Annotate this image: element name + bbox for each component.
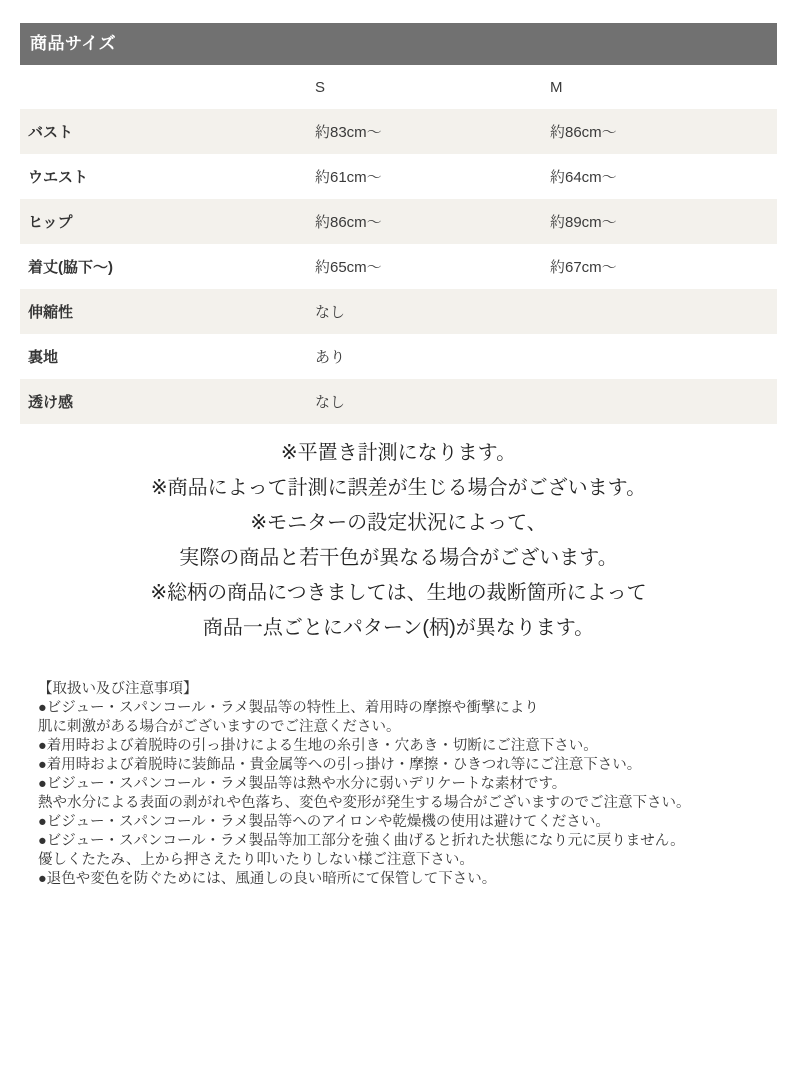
measurement-note-line: 商品一点ごとにパターン(柄)が異なります。	[20, 611, 777, 646]
measurement-note-line: ※総柄の商品につきましては、生地の裁断箇所によって	[20, 576, 777, 611]
size-row-label: バスト	[20, 121, 315, 142]
size-row-label: 着丈(脇下〜)	[20, 256, 315, 277]
handling-note-line: 優しくたたみ、上から押さえたり叩いたりしない様ご注意下さい。	[38, 851, 777, 870]
size-row-value-s: 約86cm〜	[315, 211, 550, 232]
handling-note-line: 肌に刺激がある場合がございますのでご注意ください。	[38, 718, 777, 737]
size-table-body: バスト 約83cm〜 約86cm〜 ウエスト 約61cm〜 約64cm〜 ヒップ…	[20, 109, 777, 424]
measurement-note-line: 実際の商品と若干色が異なる場合がございます。	[20, 541, 777, 576]
handling-note-line: ●退色や変色を防ぐためには、風通しの良い暗所にて保管して下さい。	[38, 870, 777, 889]
handling-notes-section: 【取扱い及び注意事項】 ●ビジュー・スパンコール・ラメ製品等の特性上、着用時の摩…	[20, 680, 777, 889]
size-row-value-s: 約65cm〜	[315, 256, 550, 277]
size-row-value-s: なし	[315, 391, 550, 412]
size-table-row: 裏地 あり	[20, 334, 777, 379]
handling-notes-heading: 【取扱い及び注意事項】	[38, 680, 777, 699]
size-row-value-m: 約89cm〜	[550, 211, 777, 232]
product-detail-page: 商品サイズ S M バスト 約83cm〜 約86cm〜 ウエスト 約61cm〜 …	[0, 0, 800, 1067]
size-chart-section: 商品サイズ S M バスト 約83cm〜 約86cm〜 ウエスト 約61cm〜 …	[20, 23, 777, 424]
size-row-label: 裏地	[20, 346, 315, 367]
size-table-row: ウエスト 約61cm〜 約64cm〜	[20, 154, 777, 199]
size-row-label: ヒップ	[20, 211, 315, 232]
size-row-value-m: 約64cm〜	[550, 166, 777, 187]
handling-note-line: ●ビジュー・スパンコール・ラメ製品等へのアイロンや乾燥機の使用は避けてください。	[38, 813, 777, 832]
measurement-note-line: ※商品によって計測に誤差が生じる場合がございます。	[20, 471, 777, 506]
size-row-value-m: 約67cm〜	[550, 256, 777, 277]
size-row-label: ウエスト	[20, 166, 315, 187]
size-column-header-s: S	[315, 79, 550, 96]
size-table-row: 着丈(脇下〜) 約65cm〜 約67cm〜	[20, 244, 777, 289]
handling-note-line: 熱や水分による表面の剥がれや色落ち、変色や変形が発生する場合がございますのでご注…	[38, 794, 777, 813]
size-column-header-m: M	[550, 79, 777, 96]
handling-note-line: ●ビジュー・スパンコール・ラメ製品等加工部分を強く曲げると折れた状態になり元に戻…	[38, 832, 777, 851]
handling-note-line: ●着用時および着脱時の引っ掛けによる生地の糸引き・穴あき・切断にご注意下さい。	[38, 737, 777, 756]
size-row-value-m: 約86cm〜	[550, 121, 777, 142]
size-table-row: 伸縮性 なし	[20, 289, 777, 334]
size-table-row: 透け感 なし	[20, 379, 777, 424]
handling-notes-body: ●ビジュー・スパンコール・ラメ製品等の特性上、着用時の摩擦や衝撃により 肌に刺激…	[38, 699, 777, 889]
measurement-note-line: ※モニターの設定状況によって、	[20, 506, 777, 541]
measurement-notes: ※平置き計測になります。 ※商品によって計測に誤差が生じる場合がございます。 ※…	[20, 436, 777, 646]
size-chart-title-bar: 商品サイズ	[20, 23, 777, 65]
size-row-label: 伸縮性	[20, 301, 315, 322]
size-row-label: 透け感	[20, 391, 315, 412]
size-table-row: ヒップ 約86cm〜 約89cm〜	[20, 199, 777, 244]
size-table-row: バスト 約83cm〜 約86cm〜	[20, 109, 777, 154]
handling-note-line: ●着用時および着脱時に装飾品・貴金属等への引っ掛け・摩擦・ひきつれ等にご注意下さ…	[38, 756, 777, 775]
size-row-value-s: なし	[315, 301, 550, 322]
size-row-value-s: 約83cm〜	[315, 121, 550, 142]
size-row-value-s: 約61cm〜	[315, 166, 550, 187]
handling-note-line: ●ビジュー・スパンコール・ラメ製品等は熱や水分に弱いデリケートな素材です。	[38, 775, 777, 794]
measurement-note-line: ※平置き計測になります。	[20, 436, 777, 471]
size-column-header-row: S M	[20, 65, 777, 109]
handling-note-line: ●ビジュー・スパンコール・ラメ製品等の特性上、着用時の摩擦や衝撃により	[38, 699, 777, 718]
size-row-value-s: あり	[315, 346, 550, 367]
